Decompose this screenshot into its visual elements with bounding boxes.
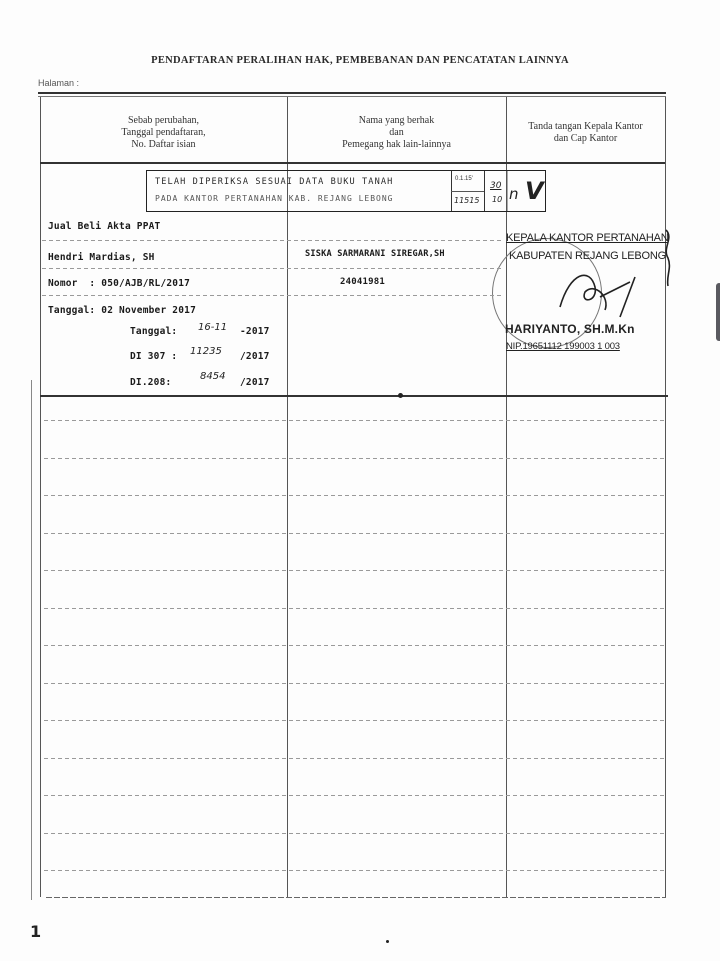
empty-row-line	[44, 458, 664, 459]
table-left-border	[40, 97, 41, 897]
empty-row-line	[44, 758, 664, 759]
entry-cause: Jual Beli Akta PPAT	[48, 221, 160, 232]
entry-row-line	[42, 268, 502, 269]
stamp-line-2: PADA KANTOR PERTANAHAN KAB. REJANG LEBON…	[155, 194, 393, 203]
header-cell-cause: Sebab perubahan, Tanggal pendaftaran, No…	[40, 106, 287, 160]
holder-id: 24041981	[340, 277, 385, 287]
empty-row-line	[44, 533, 664, 534]
stamp-date-num: 30	[490, 181, 501, 191]
verification-stamp: TELAH DIPERIKSA SESUAI DATA BUKU TANAH P…	[146, 170, 546, 212]
reg-date-year: -2017	[240, 326, 270, 337]
stamp-date-den: 10	[492, 195, 502, 204]
entry-number: Nomor : 050/AJB/RL/2017	[48, 278, 190, 289]
table-right-border	[665, 97, 666, 897]
empty-row-line	[44, 833, 664, 834]
di208-label: DI.208:	[130, 377, 171, 388]
di307-year: /2017	[240, 351, 270, 362]
entry-bottom-rule	[40, 395, 668, 397]
table-bottom-rule	[46, 897, 666, 898]
stamp-line-1: TELAH DIPERIKSA SESUAI DATA BUKU TANAH	[155, 177, 393, 187]
di208-value: 8454	[200, 371, 225, 382]
entry-row-line	[42, 240, 502, 241]
stamp-mid-rule	[451, 191, 484, 192]
di307-value: 11235	[190, 346, 222, 357]
column-divider-2	[506, 97, 507, 897]
signature-bracket	[660, 228, 676, 288]
empty-row-line	[44, 795, 664, 796]
empty-row-line	[44, 495, 664, 496]
di208-year: /2017	[240, 377, 270, 388]
stamp-code-bottom: 11515	[454, 196, 479, 205]
check-mark: V	[525, 177, 544, 205]
header-cell-signature: Tanda tangan Kepala Kantor dan Cap Kanto…	[506, 106, 665, 160]
page-label: Halaman :	[38, 78, 79, 88]
empty-row-line	[44, 420, 664, 421]
page-title: PENDAFTARAN PERALIHAN HAK, PEMBEBANAN DA…	[0, 55, 720, 66]
empty-row-line	[44, 570, 664, 571]
empty-row-line	[44, 608, 664, 609]
stamp-divider-2	[484, 171, 485, 211]
official-nip: NIP.19651112 199003 1 003	[506, 341, 620, 352]
office-line-1: KEPALA KANTOR PERTANAHAN	[506, 232, 669, 244]
holder-name: SISKA SARMARANI SIREGAR,SH	[305, 249, 445, 259]
empty-row-line	[44, 870, 664, 871]
scroll-handle[interactable]	[716, 283, 720, 341]
header-cell-holder: Nama yang berhak dan Pemegang hak lain-l…	[287, 106, 506, 160]
stamp-divider-3	[507, 171, 508, 211]
entry-row-line	[42, 295, 502, 296]
empty-row-line	[44, 720, 664, 721]
empty-row-line	[44, 683, 664, 684]
stamp-code-top: 0.1.15'	[455, 176, 473, 182]
reg-date-value: 16-11	[198, 322, 227, 333]
page-mark: 1	[30, 922, 41, 941]
stamp-initial: n	[509, 185, 519, 203]
empty-row-line	[44, 645, 664, 646]
top-rule-2	[38, 96, 666, 97]
page-mark-dot	[386, 940, 389, 943]
outer-left-edge	[31, 380, 32, 900]
office-line-2: KABUPATEN REJANG LEBONG	[509, 250, 666, 262]
reg-date-label: Tanggal:	[130, 326, 177, 337]
rule-dot	[398, 393, 403, 398]
top-rule	[38, 92, 666, 94]
signature-scribble	[550, 262, 640, 322]
header-bottom-rule	[40, 162, 665, 164]
di307-label: DI 307 :	[130, 351, 177, 362]
entry-date: Tanggal: 02 November 2017	[48, 305, 196, 316]
official-name: HARIYANTO, SH.M.Kn	[505, 322, 635, 336]
column-divider-1	[287, 97, 288, 897]
entry-ppat: Hendri Mardias, SH	[48, 252, 155, 263]
